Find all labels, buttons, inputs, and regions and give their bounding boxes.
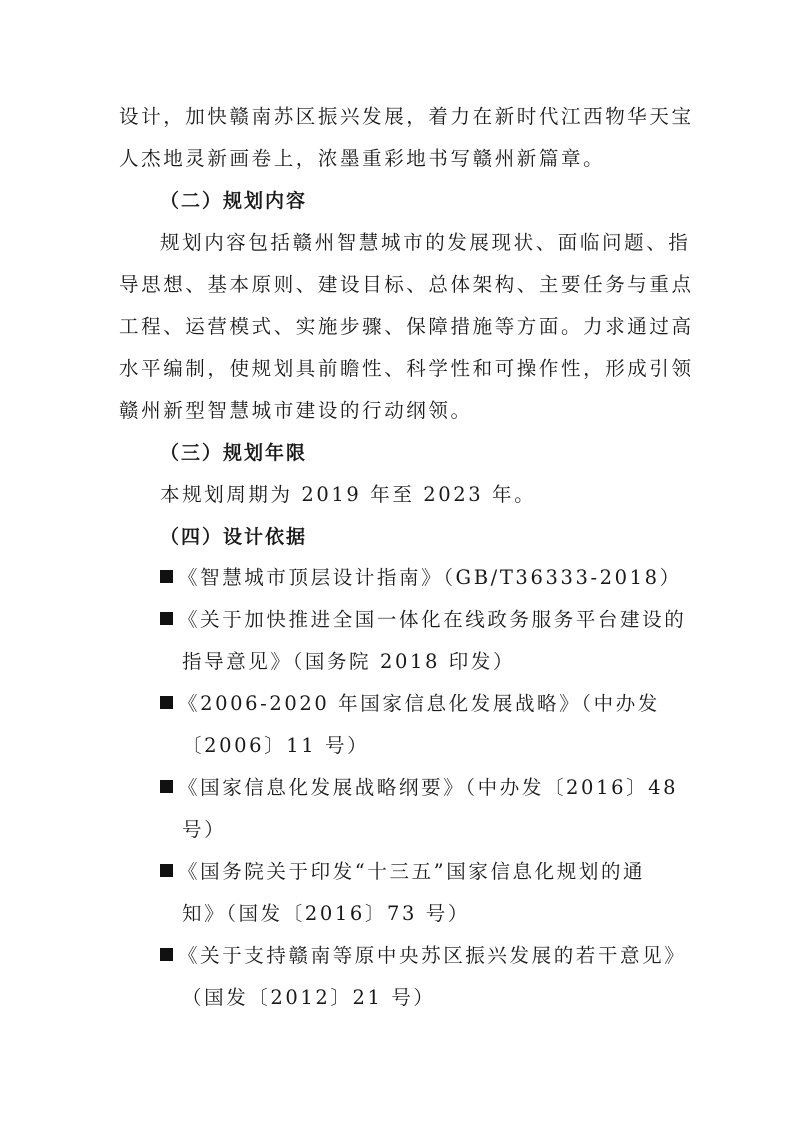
reference-item-line: 《国务院关于印发“十三五”国家信息化规划的通 (178, 860, 645, 884)
paragraph-line: 人杰地灵新画卷上，浓墨重彩地书写赣州新篇章。 (119, 147, 605, 171)
paragraph-line: 赣州新型智慧城市建设的行动纲领。 (119, 399, 473, 423)
section-heading-design-basis: （四）设计依据 (160, 525, 307, 549)
reference-item-line: 《2006-2020 年国家信息化发展战略》（中办发 (178, 692, 660, 716)
reference-item-line: 知》（国发〔2016〕73 号） (182, 902, 470, 926)
section-heading-planning-period: （三）规划年限 (160, 441, 307, 465)
reference-item-line: 《国家信息化发展战略纲要》（中办发〔2016〕48 (178, 776, 678, 800)
section-heading-planning-content: （二）规划内容 (160, 189, 307, 213)
paragraph-line: 本规划周期为 2019 年至 2023 年。 (160, 483, 536, 507)
square-bullet-icon (160, 948, 173, 961)
square-bullet-icon (160, 780, 173, 793)
square-bullet-icon (160, 864, 173, 877)
paragraph-line: 导思想、基本原则、建设目标、总体架构、主要任务与重点 (119, 273, 694, 297)
square-bullet-icon (160, 612, 173, 625)
reference-item-line: 《关于加快推进全国一体化在线政务服务平台建设的 (178, 608, 686, 632)
paragraph-line: 规划内容包括赣州智慧城市的发展现状、面临问题、指 (160, 231, 690, 255)
paragraph-line: 工程、运营模式、实施步骤、保障措施等方面。力求通过高 (119, 315, 694, 339)
reference-item-line: 〔2006〕11 号） (182, 734, 369, 758)
reference-item-line: 《智慧城市顶层设计指南》（GB/T36333-2018） (178, 566, 682, 590)
reference-item-line: 号） (182, 818, 226, 842)
reference-item-line: 《关于支持赣南等原中央苏区振兴发展的若干意见》 (178, 944, 686, 968)
reference-item-line: （国发〔2012〕21 号） (182, 986, 436, 1010)
square-bullet-icon (160, 696, 173, 709)
paragraph-line: 水平编制，使规划具前瞻性、科学性和可操作性，形成引领 (119, 357, 694, 381)
paragraph-line: 设计，加快赣南苏区振兴发展，着力在新时代江西物华天宝 (119, 105, 694, 129)
reference-item-line: 指导意见》（国务院 2018 印发） (182, 650, 515, 674)
square-bullet-icon (160, 570, 173, 583)
